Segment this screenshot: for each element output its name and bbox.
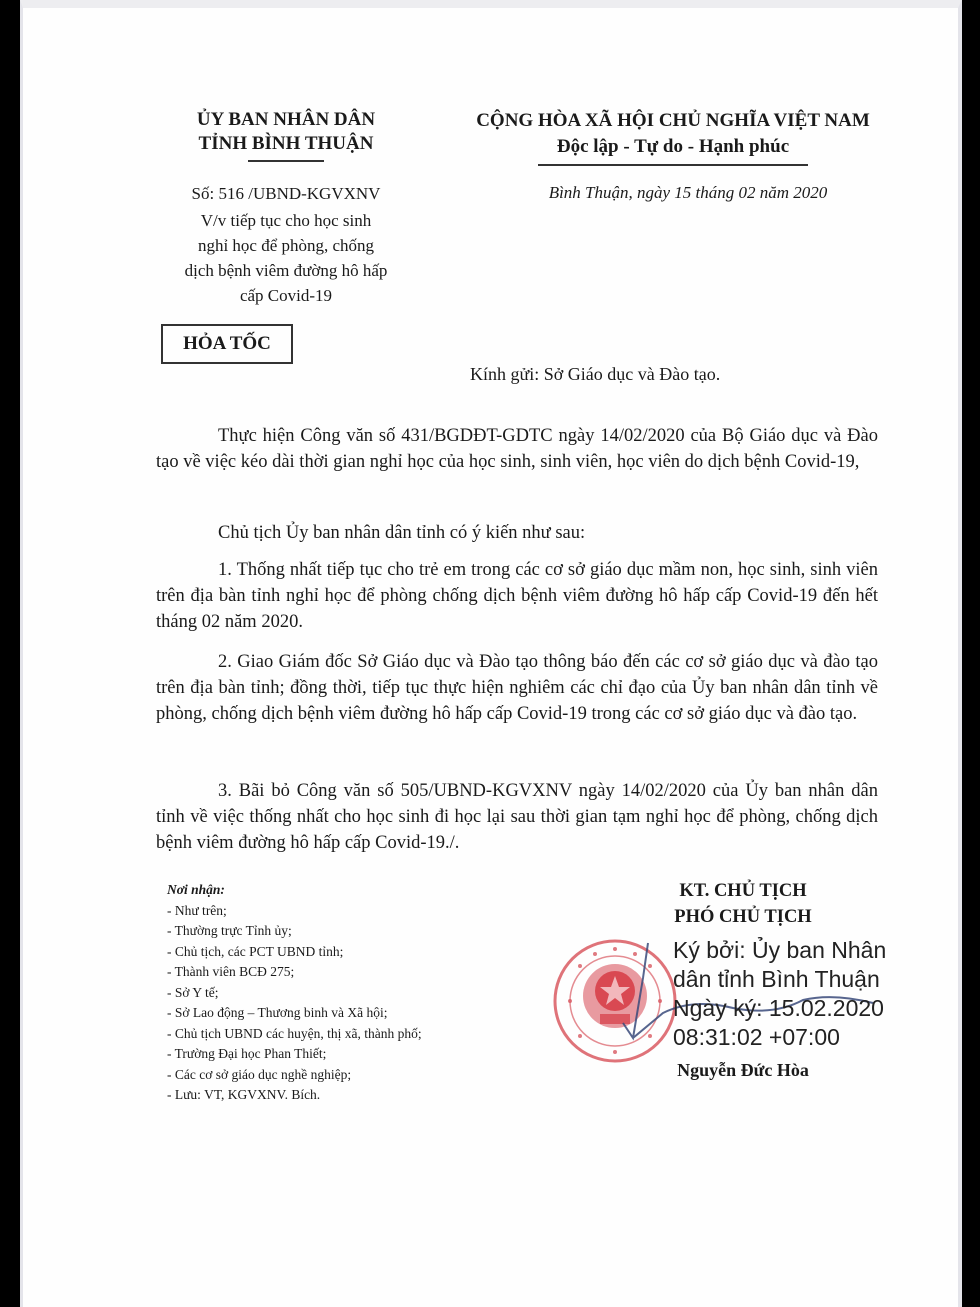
recipient-item: - Lưu: VT, KGVXNV. Bích. (167, 1085, 567, 1106)
item-1-paragraph: 1. Thống nhất tiếp tục cho trẻ em trong … (156, 557, 878, 635)
recipient-item: - Thường trực Tỉnh ủy; (167, 921, 567, 942)
recipient-item: - Như trên; (167, 901, 567, 922)
place-date: Bình Thuận, ngày 15 tháng 02 năm 2020 (473, 183, 903, 203)
signed-date-line: Ngày ký: 15.02.2020 (673, 994, 943, 1023)
recipient-item: - Chủ tịch UBND các huyện, thị xã, thành… (167, 1024, 567, 1045)
signed-time-line: 08:31:02 +07:00 (673, 1023, 943, 1052)
recipient-item: - Thành viên BCĐ 275; (167, 962, 567, 983)
agency-line-1: ỦY BAN NHÂN DÂN (141, 108, 431, 132)
recipients-header: Nơi nhận: (167, 880, 567, 901)
signed-by-line: Ký bởi: Ủy ban Nhân (673, 936, 943, 965)
signature-title-2: PHÓ CHỦ TỊCH (643, 904, 843, 930)
issuing-agency: ỦY BAN NHÂN DÂN TỈNH BÌNH THUẬN (141, 108, 431, 162)
national-motto: Độc lập - Tự do - Hạnh phúc (423, 134, 923, 160)
signature-title-1: KT. CHỦ TỊCH (643, 878, 843, 904)
item-1-text: 1. Thống nhất tiếp tục cho trẻ em trong … (156, 557, 878, 635)
signer-name: Nguyễn Đức Hòa (643, 1060, 843, 1081)
signature-title: KT. CHỦ TỊCH PHÓ CHỦ TỊCH (643, 878, 843, 930)
subject-line: V/v tiếp tục cho học sinh (141, 208, 431, 233)
signed-by-org-line: dân tỉnh Bình Thuận (673, 965, 943, 994)
subject-line: cấp Covid-19 (141, 283, 431, 308)
subject-line: nghỉ học để phòng, chống (141, 233, 431, 258)
agency-line-2: TỈNH BÌNH THUẬN (141, 132, 431, 156)
item-3-text: 3. Bãi bỏ Công văn số 505/UBND-KGVXNV ng… (156, 778, 878, 856)
addressee: Kính gửi: Sở Giáo dục và Đào tạo. (470, 364, 720, 385)
motto-divider (538, 164, 808, 166)
recipient-item: - Sở Lao động – Thương binh và Xã hội; (167, 1003, 567, 1024)
document-number: Số: 516 /UBND-KGVXNV (141, 184, 431, 204)
digital-signature-info: Ký bởi: Ủy ban Nhân dân tỉnh Bình Thuận … (673, 936, 943, 1052)
recipient-item: - Trường Đại học Phan Thiết; (167, 1044, 567, 1065)
recipient-item: - Các cơ sở giáo dục nghề nghiệp; (167, 1065, 567, 1086)
opinion-paragraph: Chủ tịch Ủy ban nhân dân tỉnh có ý kiến … (156, 520, 878, 546)
intro-paragraph: Thực hiện Công văn số 431/BGDĐT-GDTC ngà… (156, 423, 878, 475)
document-page: ỦY BAN NHÂN DÂN TỈNH BÌNH THUẬN CỘNG HÒA… (20, 0, 962, 1307)
opinion-text: Chủ tịch Ủy ban nhân dân tỉnh có ý kiến … (156, 520, 878, 546)
subject-line: dịch bệnh viêm đường hô hấp (141, 258, 431, 283)
agency-divider (248, 160, 324, 162)
national-header: CỘNG HÒA XÃ HỘI CHỦ NGHĨA VIỆT NAM Độc l… (423, 108, 923, 166)
recipient-item: - Sở Y tế; (167, 983, 567, 1004)
recipients-list: Nơi nhận: - Như trên; - Thường trực Tỉnh… (167, 880, 567, 1106)
item-3-paragraph: 3. Bãi bỏ Công văn số 505/UBND-KGVXNV ng… (156, 778, 878, 856)
urgency-stamp: HỎA TỐC (161, 324, 293, 364)
item-2-paragraph: 2. Giao Giám đốc Sở Giáo dục và Đào tạo … (156, 649, 878, 727)
intro-text: Thực hiện Công văn số 431/BGDĐT-GDTC ngà… (156, 423, 878, 475)
item-2-text: 2. Giao Giám đốc Sở Giáo dục và Đào tạo … (156, 649, 878, 727)
national-title: CỘNG HÒA XÃ HỘI CHỦ NGHĨA VIỆT NAM (423, 108, 923, 134)
recipient-item: - Chủ tịch, các PCT UBND tỉnh; (167, 942, 567, 963)
document-subject: V/v tiếp tục cho học sinh nghỉ học để ph… (141, 208, 431, 308)
